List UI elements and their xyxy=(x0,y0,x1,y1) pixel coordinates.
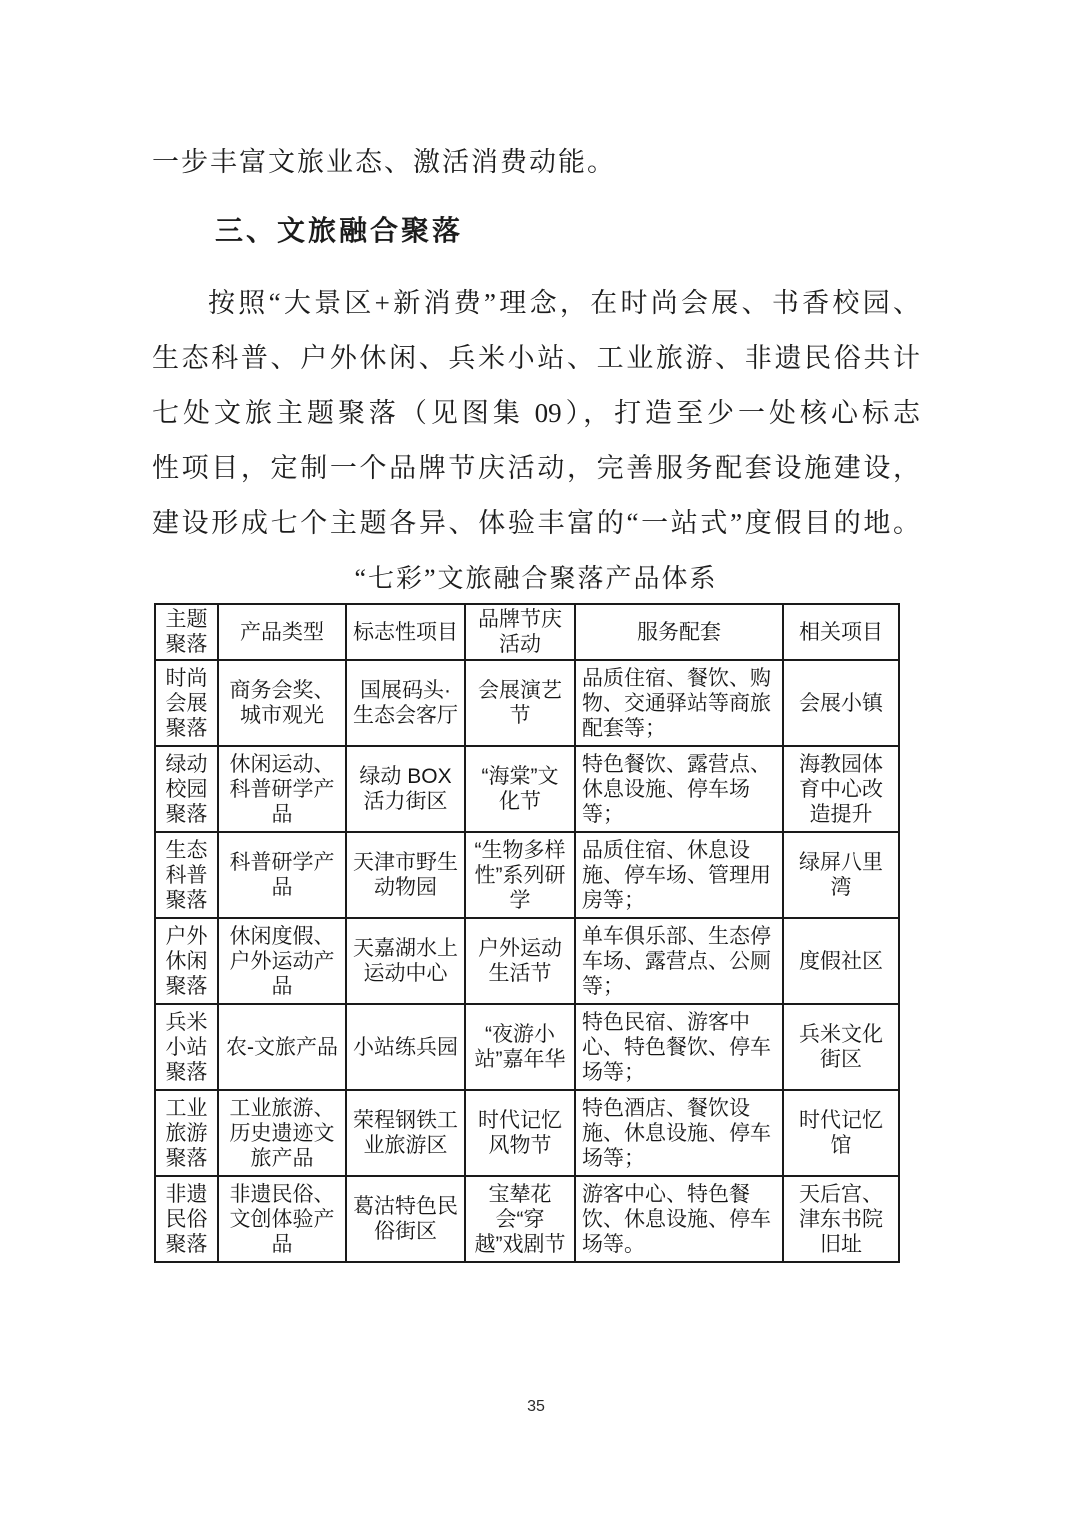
table-cell: 休闲运动、科普研学产品 xyxy=(218,746,346,832)
table-row: 绿动校园聚落 休闲运动、科普研学产品 绿动 BOX 活力街区 “海棠”文化节 特… xyxy=(155,746,899,832)
table-cell: 休闲度假、户外运动产品 xyxy=(218,918,346,1004)
table-cell: 荣程钢铁工业旅游区 xyxy=(346,1090,465,1176)
table-row: 生态科普聚落 科普研学产品 天津市野生动物园 “生物多样性”系列研学 品质住宿、… xyxy=(155,832,899,918)
product-system-table: 主题聚落 产品类型 标志性项目 品牌节庆活动 服务配套 相关项目 时尚会展聚落 … xyxy=(154,603,900,1263)
header-service-facilities: 服务配套 xyxy=(575,604,783,660)
table-cell: 兵米文化街区 xyxy=(783,1004,899,1090)
table-cell: 单车俱乐部、生态停车场、露营点、公厕等； xyxy=(575,918,783,1004)
table-row: 兵米小站聚落 农-文旅产品 小站练兵园 “夜游小站”嘉年华 特色民宿、游客中心、… xyxy=(155,1004,899,1090)
table-cell: 商务会奖、城市观光 xyxy=(218,660,346,746)
table-cell: “夜游小站”嘉年华 xyxy=(465,1004,575,1090)
table-cell: 科普研学产品 xyxy=(218,832,346,918)
table-cell: 绿动校园聚落 xyxy=(155,746,218,832)
table-row: 户外休闲聚落 休闲度假、户外运动产品 天嘉湖水上运动中心 户外运动生活节 单车俱… xyxy=(155,918,899,1004)
paragraph-line: 生态科普、户外休闲、兵米小站、工业旅游、非遗民俗共计 xyxy=(152,331,920,386)
table-cell: 葛沽特色民俗街区 xyxy=(346,1176,465,1262)
body-paragraph: 按照“大景区+新消费”理念，在时尚会展、书香校园、 生态科普、户外休闲、兵米小站… xyxy=(152,276,920,551)
table-cell: “海棠”文化节 xyxy=(465,746,575,832)
table-cell: 天津市野生动物园 xyxy=(346,832,465,918)
table-title: “七彩”文旅融合聚落产品体系 xyxy=(152,558,920,595)
table-cell: 时代记忆风物节 xyxy=(465,1090,575,1176)
table-cell: 宝辇花会“穿越”戏剧节 xyxy=(465,1176,575,1262)
table-cell: 特色酒店、餐饮设施、休息设施、停车场等； xyxy=(575,1090,783,1176)
paragraph-line: 七处文旅主题聚落（见图集 09），打造至少一处核心标志 xyxy=(152,386,920,441)
table-cell: 非遗民俗聚落 xyxy=(155,1176,218,1262)
table-cell: 会展演艺节 xyxy=(465,660,575,746)
table-cell: 天后宫、津东书院旧址 xyxy=(783,1176,899,1262)
page-number: 35 xyxy=(152,1398,920,1416)
table-row: 工业旅游聚落 工业旅游、历史遗迹文旅产品 荣程钢铁工业旅游区 时代记忆风物节 特… xyxy=(155,1090,899,1176)
table-cell: 户外休闲聚落 xyxy=(155,918,218,1004)
table-cell: 特色民宿、游客中心、特色餐饮、停车场等； xyxy=(575,1004,783,1090)
table-cell: 生态科普聚落 xyxy=(155,832,218,918)
header-related-projects: 相关项目 xyxy=(783,604,899,660)
table-cell: 工业旅游、历史遗迹文旅产品 xyxy=(218,1090,346,1176)
table-row: 时尚会展聚落 商务会奖、城市观光 国展码头·生态会客厅 会展演艺节 品质住宿、餐… xyxy=(155,660,899,746)
table-cell: 时尚会展聚落 xyxy=(155,660,218,746)
table-cell: 品质住宿、餐饮、购物、交通驿站等商旅配套等； xyxy=(575,660,783,746)
table-cell: 非遗民俗、文创体验产品 xyxy=(218,1176,346,1262)
paragraph-continuation-line: 一步丰富文旅业态、激活消费动能。 xyxy=(152,140,920,179)
table-cell: 绿动 BOX 活力街区 xyxy=(346,746,465,832)
header-brand-festival: 品牌节庆活动 xyxy=(465,604,575,660)
header-product-type: 产品类型 xyxy=(218,604,346,660)
section-heading: 三、文旅融合聚落 xyxy=(152,209,920,249)
header-landmark-project: 标志性项目 xyxy=(346,604,465,660)
table-header-row: 主题聚落 产品类型 标志性项目 品牌节庆活动 服务配套 相关项目 xyxy=(155,604,899,660)
table-cell: 时代记忆馆 xyxy=(783,1090,899,1176)
table-cell: 会展小镇 xyxy=(783,660,899,746)
table-cell: 户外运动生活节 xyxy=(465,918,575,1004)
table-cell: 游客中心、特色餐饮、休息设施、停车场等。 xyxy=(575,1176,783,1262)
table-cell: 天嘉湖水上运动中心 xyxy=(346,918,465,1004)
header-theme-cluster: 主题聚落 xyxy=(155,604,218,660)
table-cell: 农-文旅产品 xyxy=(218,1004,346,1090)
paragraph-line: 性项目，定制一个品牌节庆活动，完善服务配套设施建设， xyxy=(152,441,920,496)
paragraph-line: 建设形成七个主题各异、体验丰富的“一站式”度假目的地。 xyxy=(152,496,920,551)
table-cell: 工业旅游聚落 xyxy=(155,1090,218,1176)
table-cell: 兵米小站聚落 xyxy=(155,1004,218,1090)
document-page: 一步丰富文旅业态、激活消费动能。 三、文旅融合聚落 按照“大景区+新消费”理念，… xyxy=(0,0,1073,1519)
table-cell: 特色餐饮、露营点、休息设施、停车场等； xyxy=(575,746,783,832)
page-content: 一步丰富文旅业态、激活消费动能。 三、文旅融合聚落 按照“大景区+新消费”理念，… xyxy=(152,0,920,1519)
paragraph-line: 按照“大景区+新消费”理念，在时尚会展、书香校园、 xyxy=(152,276,920,331)
table-cell: 海教园体育中心改造提升 xyxy=(783,746,899,832)
table-cell: 国展码头·生态会客厅 xyxy=(346,660,465,746)
table-cell: “生物多样性”系列研学 xyxy=(465,832,575,918)
table-cell: 度假社区 xyxy=(783,918,899,1004)
table-cell: 品质住宿、休息设施、停车场、管理用房等； xyxy=(575,832,783,918)
table-cell: 小站练兵园 xyxy=(346,1004,465,1090)
table-row: 非遗民俗聚落 非遗民俗、文创体验产品 葛沽特色民俗街区 宝辇花会“穿越”戏剧节 … xyxy=(155,1176,899,1262)
table-cell: 绿屏八里湾 xyxy=(783,832,899,918)
